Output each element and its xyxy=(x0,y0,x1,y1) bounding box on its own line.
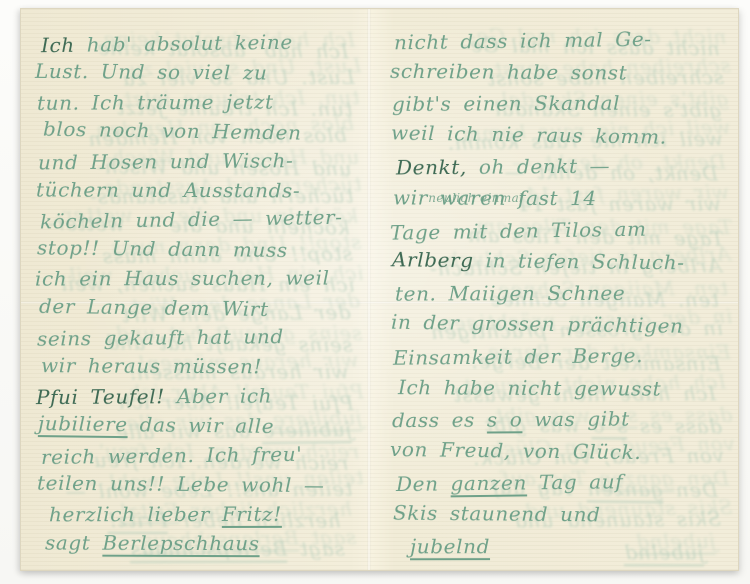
handwriting-line: der Lange dem Wirt xyxy=(39,291,358,325)
letter-paper: Ich hab' absolut keineLust. Und so viel … xyxy=(20,8,739,571)
handwriting-line: in der grossen prächtigen xyxy=(391,307,727,343)
handwriting-line: köcheln und die — wetter- xyxy=(40,203,358,237)
dark-ink-word: Denkt, xyxy=(396,155,467,180)
handwriting-line: Ich hab' absolut keine xyxy=(41,27,358,61)
handwriting-line: Ich habe nicht gewusst xyxy=(398,372,727,405)
handwriting-line: weil ich nie raus komm. xyxy=(391,117,727,154)
handwriting-line: ten. Maiigen Schnee xyxy=(395,277,727,310)
handwriting-line: Arlberg in tiefen Schluch- xyxy=(392,244,727,279)
handwriting-line: Denkt, oh denkt — xyxy=(396,150,727,184)
handwriting-line: tun. Ich träume jetzt xyxy=(37,87,358,118)
handwriting-line: gibt's einen Skandal xyxy=(392,87,727,120)
handwriting-line: nicht dass ich mal Ge- xyxy=(394,23,727,59)
handwriting-line: und Hosen und Wisch- xyxy=(38,145,358,177)
underlined-word: Berlepschhaus xyxy=(102,531,259,556)
handwriting-line: von Freud, von Glück. xyxy=(390,434,727,470)
handwriting-line: Den ganzen Tag auf xyxy=(396,465,727,501)
underlined-word: jubiliere xyxy=(38,411,128,436)
underlined-word: Fritz! xyxy=(222,501,282,525)
handwriting-line: teilen uns!! Lebe wohl — xyxy=(37,469,358,501)
handwriting-line: jubelnd xyxy=(410,530,727,562)
handwriting-line: Einsamkeit der Berge. xyxy=(393,339,727,374)
handwriting-layer: Ich hab' absolut keineLust. Und so viel … xyxy=(35,9,358,570)
handwriting-line: herzlich lieber Fritz! xyxy=(49,499,358,529)
handwriting-line: reich werden. Ich freu' xyxy=(41,439,358,472)
dark-ink-word: Arlberg xyxy=(392,247,474,272)
handwriting-line: blos noch von Hemden xyxy=(43,115,358,149)
handwriting-line: Tage mit den Tilos am xyxy=(390,212,727,249)
handwriting-line: Lust. Und so viel zu xyxy=(35,57,358,89)
handwriting-layer: nicht dass ich mal Ge-schreiben habe son… xyxy=(390,9,727,570)
underlined-word: ganzen xyxy=(451,471,528,496)
handwriting-line: jubiliere das wir alle xyxy=(38,409,358,442)
dark-ink-word: Ich xyxy=(41,33,75,57)
handwriting-line: Pfui Teufel! Aber ich xyxy=(36,381,358,413)
underlined-word: jubelnd xyxy=(410,534,490,558)
handwriting-line: ich ein Haus suchen, weil xyxy=(35,264,358,295)
handwriting-line: sagt Berlepschhaus xyxy=(45,528,358,558)
letter-page-right: nicht dass ich mal Ge-schreiben habe son… xyxy=(390,9,727,570)
handwriting-line: tüchern und Ausstands- xyxy=(36,175,358,206)
handwriting-line: Skis staunend und xyxy=(393,497,727,532)
handwriting-line: wir heraus müssen! xyxy=(41,352,358,383)
scanned-letter: Ich hab' absolut keineLust. Und so viel … xyxy=(0,0,750,584)
handwriting-line: stop!! Und dann muss xyxy=(37,233,358,266)
interline-insertion: neulich einmal xyxy=(428,191,523,205)
vertical-fold-crease xyxy=(367,9,371,570)
underlined-word: s o xyxy=(487,407,523,431)
handwriting-line: seins gekauft hat und xyxy=(37,321,358,354)
handwriting-line: dass es s o was gibt xyxy=(392,403,727,437)
dark-ink-word: Pfui Teufel! xyxy=(36,384,165,409)
letter-page-left: Ich hab' absolut keineLust. Und so viel … xyxy=(35,9,358,570)
handwriting-line: schreiben habe sonst xyxy=(390,55,727,89)
